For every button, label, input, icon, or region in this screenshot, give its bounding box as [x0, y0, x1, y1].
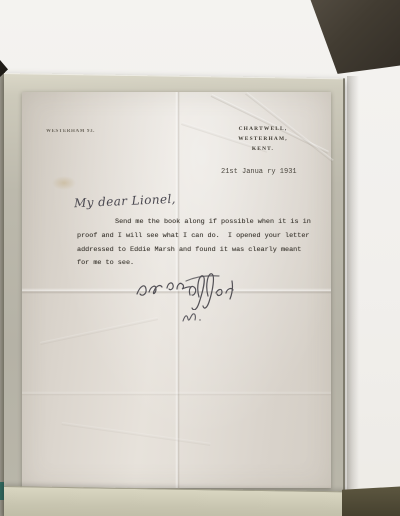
- body-line: addressed to Eddie Marsh and found it wa…: [77, 244, 322, 258]
- handwritten-signature-scrawl: [134, 268, 246, 310]
- letterhead-address-line: KENT.: [218, 145, 308, 155]
- folder-corner-flap: [296, 0, 400, 84]
- horizontal-fold-crease-2: [22, 391, 331, 396]
- body-line: proof and I will see what I can do. I op…: [77, 230, 322, 244]
- paper-stain: [52, 176, 76, 190]
- letter-body: Send me the book along if possible when …: [77, 216, 322, 271]
- letter-photo: WESTERHAM 93. CHARTWELL, WESTERHAM, KENT…: [0, 0, 400, 516]
- letterhead-address-line: CHARTWELL,: [218, 125, 308, 135]
- handwritten-salutation: My dear Lionel,: [74, 192, 176, 210]
- letter-date: 21st Janua ry 1931: [221, 168, 297, 176]
- paper-wrinkle: [40, 317, 158, 345]
- body-line: Send me the book along if possible when …: [115, 216, 322, 230]
- handwritten-initials: [180, 310, 206, 326]
- letterhead-phone: WESTERHAM 93.: [46, 129, 95, 134]
- letterhead-address-line: WESTERHAM,: [218, 135, 308, 145]
- letterhead-address: CHARTWELL, WESTERHAM, KENT.: [218, 125, 308, 154]
- paper-wrinkle: [62, 422, 211, 446]
- folder-bottom-flap: [4, 486, 347, 516]
- typed-letter: WESTERHAM 93. CHARTWELL, WESTERHAM, KENT…: [22, 92, 331, 488]
- folder-edge-shadow: [347, 76, 359, 516]
